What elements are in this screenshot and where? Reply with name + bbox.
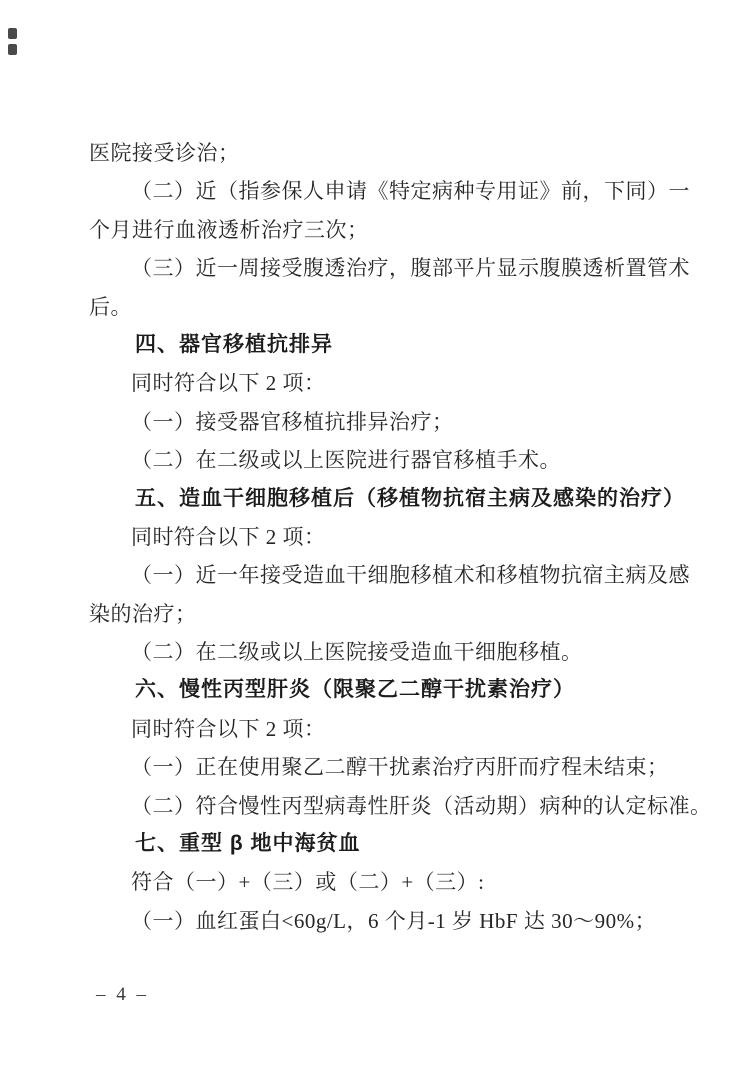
text-line: 后。: [89, 288, 699, 326]
text-line: 医院接受诊治；: [89, 134, 699, 172]
scan-artifact: [8, 44, 17, 55]
text-line: 个月进行血液透析治疗三次；: [89, 211, 699, 249]
scan-artifact: [8, 28, 17, 39]
document-body: 医院接受诊治；（二）近（指参保人申请《特定病种专用证》前，下同）一个月进行血液透…: [89, 134, 699, 940]
section-heading: 四、器官移植抗排异: [89, 326, 699, 364]
text-line: （二）近（指参保人申请《特定病种专用证》前，下同）一: [89, 172, 699, 210]
text-line: （二）符合慢性丙型病毒性肝炎（活动期）病种的认定标准。: [89, 787, 699, 825]
section-heading: 七、重型 β 地中海贫血: [89, 825, 699, 863]
section-heading: 六、慢性丙型肝炎（限聚乙二醇干扰素治疗）: [89, 671, 699, 709]
text-line: 染的治疗；: [89, 595, 699, 633]
document-page: 医院接受诊治；（二）近（指参保人申请《特定病种专用证》前，下同）一个月进行血液透…: [0, 0, 754, 1069]
page-number: – 4 –: [96, 982, 149, 1008]
text-line: （三）近一周接受腹透治疗，腹部平片显示腹膜透析置管术: [89, 249, 699, 287]
text-line: 同时符合以下 2 项：: [89, 364, 699, 402]
text-line: 符合（一）+（三）或（二）+（三）:: [89, 863, 699, 901]
text-line: 同时符合以下 2 项：: [89, 518, 699, 556]
text-line: （一）正在使用聚乙二醇干扰素治疗丙肝而疗程未结束；: [89, 748, 699, 786]
text-line: （一）接受器官移植抗排异治疗；: [89, 403, 699, 441]
text-line: （二）在二级或以上医院接受造血干细胞移植。: [89, 633, 699, 671]
text-line: （一）血红蛋白<60g/L，6 个月-1 岁 HbF 达 30～90%；: [89, 902, 699, 940]
section-heading: 五、造血干细胞移植后（移植物抗宿主病及感染的治疗）: [89, 480, 699, 518]
text-line: 同时符合以下 2 项：: [89, 710, 699, 748]
text-line: （二）在二级或以上医院进行器官移植手术。: [89, 441, 699, 479]
text-line: （一）近一年接受造血干细胞移植术和移植物抗宿主病及感: [89, 556, 699, 594]
